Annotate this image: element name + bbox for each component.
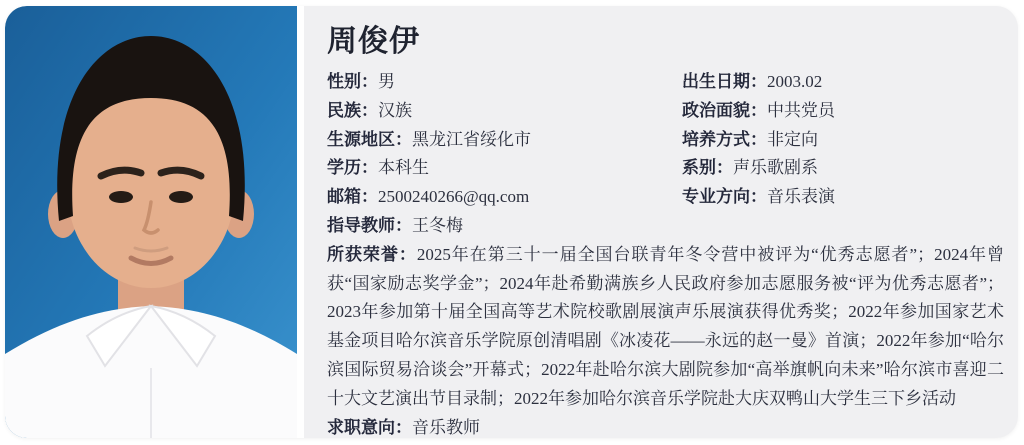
field-value: 2003.02 <box>767 72 822 91</box>
field-column-left: 性别：男 民族：汉族 生源地区：黑龙江省绥化市 学历：本科生 邮箱：250024… <box>327 68 1004 241</box>
field-label: 指导教师： <box>327 216 412 235</box>
job-intention-row: 求职意向：音乐教师 <box>327 414 1004 443</box>
field-grid: 性别：男 民族：汉族 生源地区：黑龙江省绥化市 学历：本科生 邮箱：250024… <box>327 68 1004 241</box>
candidate-name: 周俊伊 <box>327 24 1004 60</box>
profile-photo <box>5 6 304 438</box>
field-row-advisor: 指导教师：王冬梅 <box>327 212 1004 241</box>
field-value: 非定向 <box>767 130 818 149</box>
field-row-training-mode: 培养方式：非定向 <box>682 126 835 155</box>
field-value: 王冬梅 <box>412 216 463 235</box>
resume-card: 周俊伊 性别：男 民族：汉族 生源地区：黑龙江省绥化市 学历：本科生 邮箱：25… <box>5 6 1018 438</box>
field-value: 2500240266@qq.com <box>378 187 529 206</box>
field-row-department: 系别：声乐歌剧系 <box>682 154 835 183</box>
field-label: 学历： <box>327 158 378 177</box>
field-label: 系别： <box>682 158 733 177</box>
field-label: 生源地区： <box>327 130 412 149</box>
field-label: 专业方向： <box>682 187 767 206</box>
field-row-email: 邮箱：2500240266@qq.com <box>327 183 1004 212</box>
field-value: 中共党员 <box>767 101 835 120</box>
field-row-birth-date: 出生日期：2003.02 <box>682 68 835 97</box>
field-row-origin-region: 生源地区：黑龙江省绥化市 <box>327 126 1004 155</box>
profile-details: 周俊伊 性别：男 民族：汉族 生源地区：黑龙江省绥化市 学历：本科生 邮箱：25… <box>327 24 1004 442</box>
field-row-ethnicity: 民族：汉族 <box>327 97 1004 126</box>
field-row-education: 学历：本科生 <box>327 154 1004 183</box>
field-label: 培养方式： <box>682 130 767 149</box>
honors-label: 所获荣誉： <box>327 245 417 264</box>
field-value: 黑龙江省绥化市 <box>412 130 531 149</box>
honors-paragraph: 所获荣誉：2025年在第三十一届全国台联青年冬令营中被评为“优秀志愿者”；202… <box>327 241 1004 414</box>
field-row-political-status: 政治面貌：中共党员 <box>682 97 835 126</box>
job-intention-value: 音乐教师 <box>412 418 480 437</box>
honors-text: 2025年在第三十一届全国台联青年冬令营中被评为“优秀志愿者”；2024年曾获“… <box>327 245 1004 408</box>
field-row-major: 专业方向：音乐表演 <box>682 183 835 212</box>
field-value: 汉族 <box>378 101 412 120</box>
field-value: 音乐表演 <box>767 187 835 206</box>
field-label: 出生日期： <box>682 72 767 91</box>
field-value: 声乐歌剧系 <box>733 158 818 177</box>
field-label: 邮箱： <box>327 187 378 206</box>
field-label: 性别： <box>327 72 378 91</box>
field-label: 政治面貌： <box>682 101 767 120</box>
field-value: 本科生 <box>378 158 429 177</box>
field-row-gender: 性别：男 <box>327 68 1004 97</box>
field-label: 民族： <box>327 101 378 120</box>
field-value: 男 <box>378 72 395 91</box>
portrait-illustration <box>5 6 297 438</box>
field-column-right: 出生日期：2003.02 政治面貌：中共党员 培养方式：非定向 系别：声乐歌剧系… <box>682 68 835 212</box>
job-intention-label: 求职意向： <box>327 418 412 437</box>
